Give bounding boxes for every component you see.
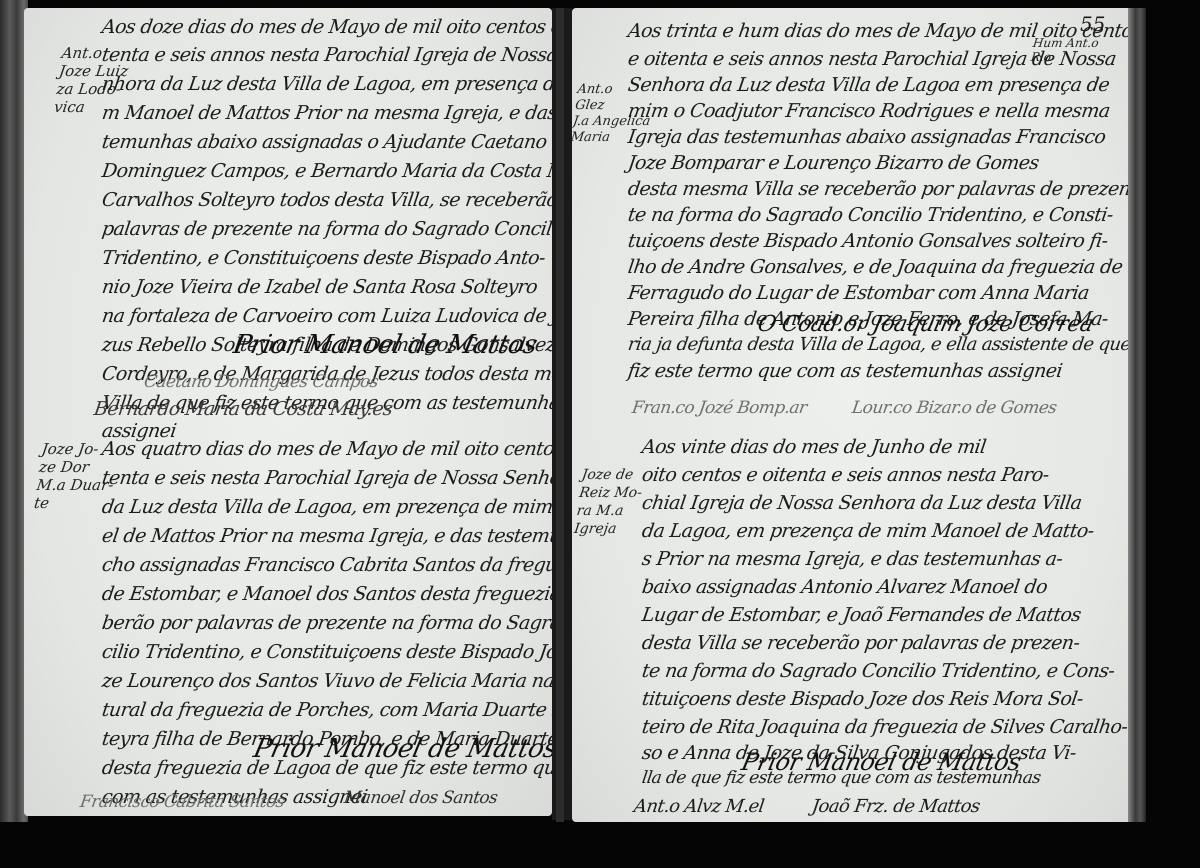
text-line: Dominguez Campos, e Bernardo Maria da Co… (101, 162, 552, 181)
priest-signature: Prior Manoel de Mattos (251, 734, 552, 764)
text-line: teiro de Rita Joaquina da freguezia de S… (641, 718, 1129, 737)
witness-signature: Bernardo Maria da Costa May.es (93, 400, 394, 419)
text-line: chial Igreja de Nossa Senhora da Luz des… (641, 494, 1083, 513)
text-line: Carvalhos Solteyro todos desta Villa, se… (101, 191, 552, 210)
text-line: Igreja das testemunhas abaixo assignadas… (627, 128, 1107, 147)
text-line: nio Joze Vieira de Izabel de Santa Rosa … (101, 278, 539, 297)
text-line: ze Lourenço dos Santos Viuvo de Felicia … (101, 672, 552, 691)
witness-signature: Francisco Cabrita Santos (79, 794, 285, 811)
text-line: oito centos e oitenta e seis annos nesta… (641, 466, 1050, 485)
text-line: berão por palavras de prezente na forma … (101, 614, 552, 633)
text-line: Aos vinte dias do mes de Junho de mil (641, 438, 987, 457)
witness-signature: Lour.co Bizar.o de Gomes (851, 400, 1058, 417)
text-line: Aos trinta e hum dias do mes de Mayo de … (627, 22, 1132, 41)
witness-signature: Fran.co Jozé Bomp.ar (631, 400, 808, 417)
text-line: lho de Andre Gonsalves, e de Joaquina da… (627, 258, 1124, 277)
left-page: Ant.o Joze Luiz za Lodo- vica Aos doze d… (24, 8, 552, 816)
text-line: tituiçoens deste Bispado Joze dos Reis M… (641, 690, 1084, 709)
margin-note: Joze de Reiz Mo- ra M.a Igreja (573, 466, 646, 538)
text-line: fiz este termo que com as testemunhas as… (627, 362, 1064, 381)
priest-signature: Prior Manoel de Mattos (739, 748, 1023, 776)
text-line: baixo assignadas Antonio Alvarez Manoel … (641, 578, 1049, 597)
gutter-fold (556, 8, 564, 824)
priest-signature: Prior Manoel de Mattos (231, 330, 540, 360)
text-line: e oitenta e seis annos nesta Parochial I… (627, 50, 1117, 69)
text-line: temunhas abaixo assignadas o Ajudante Ca… (101, 133, 548, 152)
witness-signature: Joaõ Frz. de Mattos (811, 798, 981, 816)
text-line: nhora da Luz desta Villa de Lagoa, em pr… (101, 75, 552, 94)
text-line: Aos doze dias do mes de Mayo de mil oito… (101, 18, 552, 37)
text-line: tural da freguezia de Porches, com Maria… (101, 701, 552, 720)
text-line: Ferragudo do Lugar de Estombar com Anna … (627, 284, 1090, 303)
text-line: tenta e seis nesta Parochial Igreja de N… (101, 469, 552, 488)
text-line: Joze Bomparar e Lourenço Bizarro de Gome… (627, 154, 1040, 173)
coadjutor-signature: O Coad.or Joaquim Joze Correa (755, 312, 1095, 337)
text-line: te na forma do Sagrado Concilio Tridenti… (627, 206, 1114, 225)
text-line: cho assignadas Francisco Cabrita Santos … (101, 556, 552, 575)
text-line: tuiçoens deste Bispado Antonio Gonsalves… (627, 232, 1109, 251)
text-line: da Lagoa, em prezença de mim Manoel de M… (641, 522, 1095, 541)
text-line: de Estombar, e Manoel dos Santos desta f… (101, 585, 552, 604)
text-line: cilio Tridentino, e Constituiçoens deste… (101, 643, 552, 662)
text-line: da Luz desta Villa de Lagoa, em prezença… (101, 498, 552, 517)
right-page: 55 Hum Ant.o R.o Ant.o Glez J.a Angelica… (572, 8, 1132, 822)
witness-signature: Ant.o Alvz M.el (633, 798, 765, 816)
text-line: Tridentino, e Constituiçoens deste Bispa… (101, 249, 547, 268)
text-line: s Prior na mesma Igreja, e das testemunh… (641, 550, 1064, 569)
witness-signature: Manoel dos Santos (343, 790, 499, 807)
text-line: Lugar de Estombar, e Joaõ Fernandes de M… (641, 606, 1082, 625)
text-line: ria ja defunta desta Villa de Lagoa, e e… (627, 336, 1132, 354)
text-line: el de Mattos Prior na mesma Igreja, e da… (101, 527, 552, 546)
text-line: palavras de prezente na forma do Sagrado… (101, 220, 552, 239)
text-line: te na forma do Sagrado Concilio Tridenti… (641, 662, 1116, 681)
text-line: desta mesma Villa se receberão por palav… (627, 180, 1132, 199)
text-line: mim o Coadjutor Francisco Rodrigues e ne… (627, 102, 1111, 121)
text-line: Senhora da Luz desta Villa de Lagoa em p… (627, 76, 1111, 95)
text-line: Aos quatro dias do mes de Mayo de mil oi… (101, 440, 552, 459)
scan-background (0, 822, 1200, 868)
witness-signature: Caetano Domingues Campos (143, 374, 379, 391)
text-line: desta Villa se receberão por palavras de… (641, 634, 1081, 653)
text-line: na fortaleza de Carvoeiro com Luiza Ludo… (101, 307, 552, 326)
text-line: tenta e seis annos nesta Parochial Igrej… (101, 46, 552, 65)
text-line: m Manoel de Mattos Prior na mesma Igreja… (101, 104, 552, 123)
page-edge-right (1128, 8, 1146, 824)
